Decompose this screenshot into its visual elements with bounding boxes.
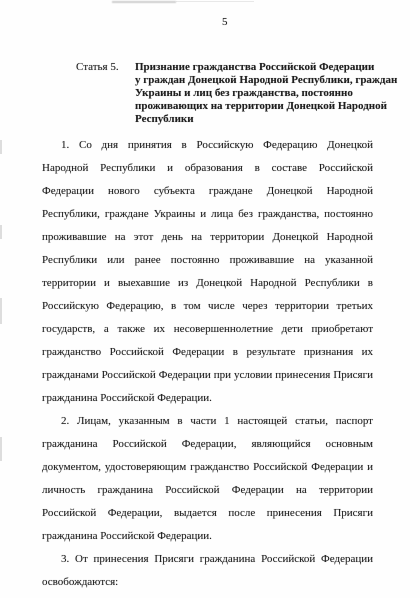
scan-artifact-left-edge (0, 298, 2, 324)
scan-artifact-top (112, 1, 176, 3)
article-title: Признание гражданства Российской Федерац… (135, 61, 397, 126)
scan-artifact-top-faint (176, 1, 254, 2)
paragraph-2: 2. Лицам, указанным в части 1 настоящей … (42, 410, 373, 548)
scan-artifact-left-edge (0, 140, 2, 154)
document-page: 5 Статья 5. Признание гражданства Россий… (0, 0, 420, 598)
article-body: 1. Со дня принятия в Российскую Федераци… (42, 134, 373, 594)
article-label: Статья 5. (76, 61, 119, 74)
paragraph-3: 3. От принесения Присяги гражданина Росс… (42, 548, 373, 594)
page-number: 5 (222, 16, 228, 28)
scan-artifact-left-edge (0, 437, 2, 461)
scan-artifact-left-edge (0, 225, 2, 239)
paragraph-1: 1. Со дня принятия в Российскую Федераци… (42, 134, 373, 410)
article-heading: Статья 5. Признание гражданства Российск… (76, 61, 397, 126)
